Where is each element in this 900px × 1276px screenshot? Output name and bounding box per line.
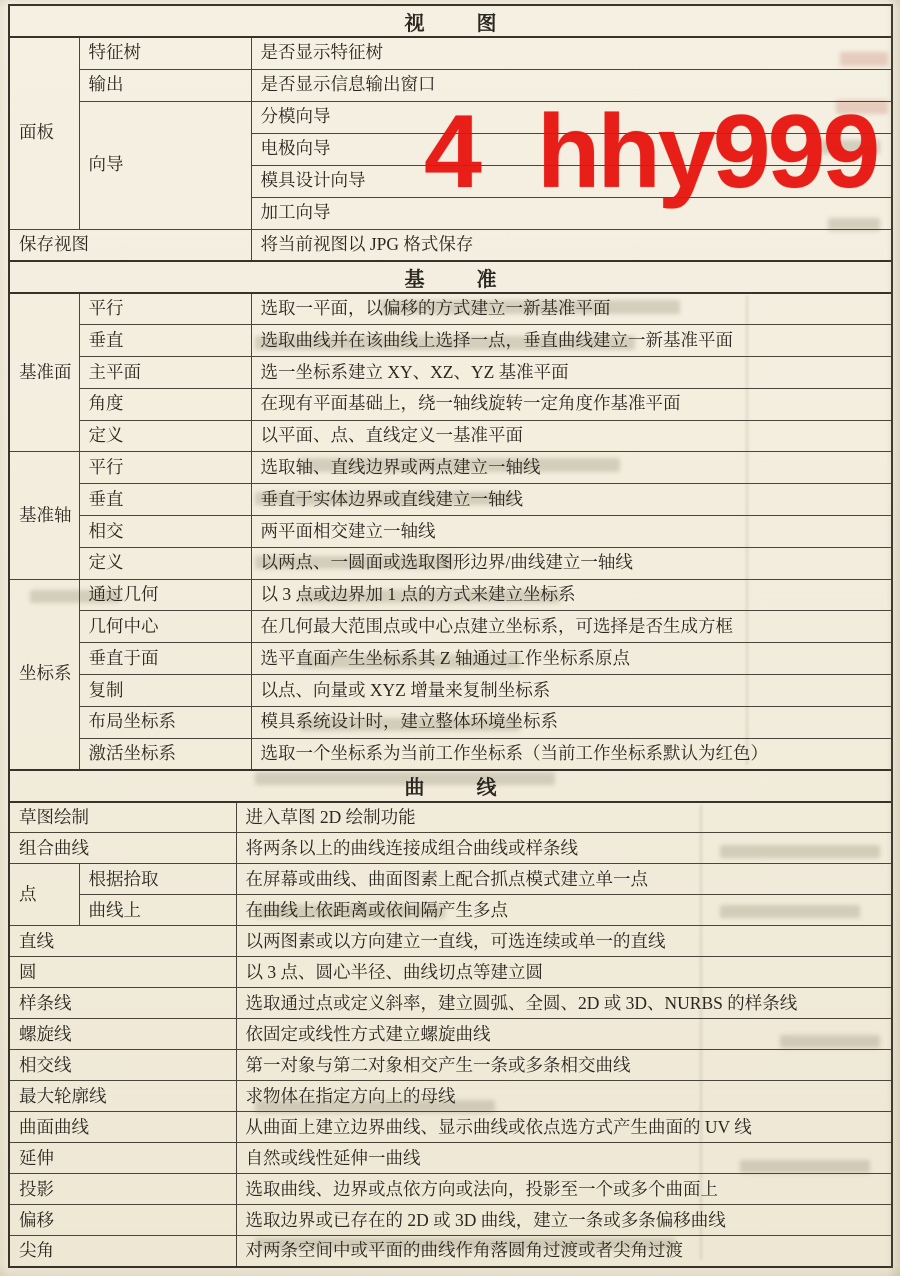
curve-table: 草图绘制 进入草图 2D 绘制功能 组合曲线 将两条以上的曲线连接成组合曲线或样… — [8, 801, 893, 1268]
row-desc: 选一坐标系建立 XY、XZ、YZ 基准平面 — [251, 357, 892, 389]
table-row: 保存视图 将当前视图以 JPG 格式保存 — [9, 229, 892, 261]
row-desc: 选取边界或已存在的 2D 或 3D 曲线，建立一条或多条偏移曲线 — [236, 1205, 892, 1236]
row-desc: 以两图素或以方向建立一直线，可选连续或单一的直线 — [236, 926, 892, 957]
table-row: 圆 以 3 点、圆心半径、曲线切点等建立圆 — [9, 957, 892, 988]
row-desc: 选取通过点或定义斜率，建立圆弧、全圆、2D 或 3D、NURBS 的样条线 — [236, 988, 892, 1019]
table-row: 布局坐标系 模具系统设计时，建立整体环境坐标系 — [9, 706, 892, 738]
table-row: 曲线上 在曲线上依距离或依间隔产生多点 — [9, 895, 892, 926]
table-row: 投影 选取曲线、边界或点依方向或法向，投影至一个或多个曲面上 — [9, 1174, 892, 1205]
table-row: 草图绘制 进入草图 2D 绘制功能 — [9, 802, 892, 833]
table-row: 组合曲线 将两条以上的曲线连接成组合曲线或样条线 — [9, 833, 892, 864]
section-title-datum: 基准 — [8, 262, 893, 292]
row-label: 组合曲线 — [9, 833, 236, 864]
row-desc: 选取轴、直线边界或两点建立一轴线 — [251, 452, 892, 484]
table-row: 最大轮廓线 求物体在指定方向上的母线 — [9, 1081, 892, 1112]
wizard-item: 模具设计向导 — [251, 165, 892, 197]
row-label: 平行 — [79, 452, 251, 484]
section-title-view-text: 视图 — [405, 7, 549, 36]
row-label: 相交线 — [9, 1050, 236, 1081]
table-row: 面板 特征树 是否显示特征树 — [9, 37, 892, 69]
row-label: 复制 — [79, 675, 251, 707]
table-row: 基准面 平行 选取一平面，以偏移的方式建立一新基准平面 — [9, 293, 892, 325]
row-label: 草图绘制 — [9, 802, 236, 833]
scanned-document-page: 视图 面板 特征树 是否显示特征树 输出 是否显示信息输出窗口 向导 分模向导 … — [0, 0, 900, 1276]
row-desc: 是否显示信息输出窗口 — [251, 69, 892, 101]
table-row: 相交线 第一对象与第二对象相交产生一条或多条相交曲线 — [9, 1050, 892, 1081]
row-label: 投影 — [9, 1174, 236, 1205]
table-row: 直线 以两图素或以方向建立一直线，可选连续或单一的直线 — [9, 926, 892, 957]
table-row: 向导 分模向导 — [9, 101, 892, 133]
row-label: 螺旋线 — [9, 1019, 236, 1050]
section-title-datum-text: 基准 — [405, 263, 549, 292]
row-label: 几何中心 — [79, 611, 251, 643]
row-desc: 选取一个坐标系为当前工作坐标系（当前工作坐标系默认为红色） — [251, 738, 892, 770]
row-desc: 是否显示特征树 — [251, 37, 892, 69]
row-desc: 自然或线性延伸一曲线 — [236, 1143, 892, 1174]
datum-table: 基准面 平行 选取一平面，以偏移的方式建立一新基准平面 垂直 选取曲线并在该曲线… — [8, 292, 893, 771]
table-row: 激活坐标系 选取一个坐标系为当前工作坐标系（当前工作坐标系默认为红色） — [9, 738, 892, 770]
group-label-point: 点 — [9, 864, 79, 926]
row-desc: 从曲面上建立边界曲线、显示曲线或依点选方式产生曲面的 UV 线 — [236, 1112, 892, 1143]
table-row: 角度 在现有平面基础上，绕一轴线旋转一定角度作基准平面 — [9, 388, 892, 420]
table-row: 垂直 选取曲线并在该曲线上选择一点，垂直曲线建立一新基准平面 — [9, 325, 892, 357]
row-label: 垂直 — [79, 325, 251, 357]
row-label: 角度 — [79, 388, 251, 420]
row-desc: 以 3 点或边界加 1 点的方式来建立坐标系 — [251, 579, 892, 611]
row-label: 样条线 — [9, 988, 236, 1019]
row-desc: 以两点、一圆面或选取图形边界/曲线建立一轴线 — [251, 547, 892, 579]
row-desc: 在现有平面基础上，绕一轴线旋转一定角度作基准平面 — [251, 388, 892, 420]
section-title-curve: 曲线 — [8, 771, 893, 801]
table-row: 定义 以平面、点、直线定义一基准平面 — [9, 420, 892, 452]
row-desc: 第一对象与第二对象相交产生一条或多条相交曲线 — [236, 1050, 892, 1081]
table-row: 垂直于面 选平直面产生坐标系其 Z 轴通过工作坐标系原点 — [9, 643, 892, 675]
row-label: 输出 — [79, 69, 251, 101]
row-desc: 以 3 点、圆心半径、曲线切点等建立圆 — [236, 957, 892, 988]
row-label: 根据拾取 — [79, 864, 236, 895]
table-row: 输出 是否显示信息输出窗口 — [9, 69, 892, 101]
row-desc: 将两条以上的曲线连接成组合曲线或样条线 — [236, 833, 892, 864]
row-desc: 在几何最大范围点或中心点建立坐标系，可选择是否生成方框 — [251, 611, 892, 643]
section-title-curve-text: 曲线 — [405, 771, 549, 800]
view-table: 面板 特征树 是否显示特征树 输出 是否显示信息输出窗口 向导 分模向导 电极向… — [8, 36, 893, 262]
row-label: 垂直 — [79, 484, 251, 516]
table-row: 定义 以两点、一圆面或选取图形边界/曲线建立一轴线 — [9, 547, 892, 579]
row-desc: 选取曲线、边界或点依方向或法向，投影至一个或多个曲面上 — [236, 1174, 892, 1205]
table-row: 螺旋线 依固定或线性方式建立螺旋曲线 — [9, 1019, 892, 1050]
row-label: 垂直于面 — [79, 643, 251, 675]
wizard-item: 分模向导 — [251, 101, 892, 133]
row-label: 曲面曲线 — [9, 1112, 236, 1143]
row-label: 尖角 — [9, 1236, 236, 1267]
row-label: 通过几何 — [79, 579, 251, 611]
table-row: 点 根据拾取 在屏幕或曲线、曲面图素上配合抓点模式建立单一点 — [9, 864, 892, 895]
row-desc: 在屏幕或曲线、曲面图素上配合抓点模式建立单一点 — [236, 864, 892, 895]
table-row: 延伸 自然或线性延伸一曲线 — [9, 1143, 892, 1174]
row-desc: 进入草图 2D 绘制功能 — [236, 802, 892, 833]
table-row: 基准轴 平行 选取轴、直线边界或两点建立一轴线 — [9, 452, 892, 484]
wizard-item: 电极向导 — [251, 133, 892, 165]
group-label-datum-plane: 基准面 — [9, 293, 79, 452]
row-desc: 以平面、点、直线定义一基准平面 — [251, 420, 892, 452]
table-row: 样条线 选取通过点或定义斜率，建立圆弧、全圆、2D 或 3D、NURBS 的样条… — [9, 988, 892, 1019]
row-label: 最大轮廓线 — [9, 1081, 236, 1112]
group-label-datum-axis: 基准轴 — [9, 452, 79, 579]
table-row: 尖角 对两条空间中或平面的曲线作角落圆角过渡或者尖角过渡 — [9, 1236, 892, 1267]
table-row: 相交 两平面相交建立一轴线 — [9, 516, 892, 548]
wizard-item: 加工向导 — [251, 197, 892, 229]
row-label: 曲线上 — [79, 895, 236, 926]
table-row: 复制 以点、向量或 XYZ 增量来复制坐标系 — [9, 675, 892, 707]
row-desc: 依固定或线性方式建立螺旋曲线 — [236, 1019, 892, 1050]
row-label: 偏移 — [9, 1205, 236, 1236]
row-desc: 以点、向量或 XYZ 增量来复制坐标系 — [251, 675, 892, 707]
table-row: 垂直 垂直于实体边界或直线建立一轴线 — [9, 484, 892, 516]
row-label: 延伸 — [9, 1143, 236, 1174]
row-desc: 模具系统设计时，建立整体环境坐标系 — [251, 706, 892, 738]
row-desc: 垂直于实体边界或直线建立一轴线 — [251, 484, 892, 516]
group-label-panel: 面板 — [9, 37, 79, 229]
row-label: 激活坐标系 — [79, 738, 251, 770]
row-desc: 对两条空间中或平面的曲线作角落圆角过渡或者尖角过渡 — [236, 1236, 892, 1267]
table-row: 曲面曲线 从曲面上建立边界曲线、显示曲线或依点选方式产生曲面的 UV 线 — [9, 1112, 892, 1143]
section-title-view: 视图 — [8, 4, 893, 36]
row-label: 直线 — [9, 926, 236, 957]
row-label-save-view: 保存视图 — [9, 229, 251, 261]
row-label: 主平面 — [79, 357, 251, 389]
table-row: 偏移 选取边界或已存在的 2D 或 3D 曲线，建立一条或多条偏移曲线 — [9, 1205, 892, 1236]
row-desc: 在曲线上依距离或依间隔产生多点 — [236, 895, 892, 926]
group-label-coordinate-system: 坐标系 — [9, 579, 79, 770]
row-label: 定义 — [79, 547, 251, 579]
row-desc: 求物体在指定方向上的母线 — [236, 1081, 892, 1112]
row-label: 布局坐标系 — [79, 706, 251, 738]
table-row: 坐标系 通过几何 以 3 点或边界加 1 点的方式来建立坐标系 — [9, 579, 892, 611]
row-label: 定义 — [79, 420, 251, 452]
row-label: 相交 — [79, 516, 251, 548]
row-label: 平行 — [79, 293, 251, 325]
row-desc: 选取一平面，以偏移的方式建立一新基准平面 — [251, 293, 892, 325]
table-row: 几何中心 在几何最大范围点或中心点建立坐标系，可选择是否生成方框 — [9, 611, 892, 643]
row-desc: 选取曲线并在该曲线上选择一点，垂直曲线建立一新基准平面 — [251, 325, 892, 357]
row-label: 圆 — [9, 957, 236, 988]
row-label: 特征树 — [79, 37, 251, 69]
table-row: 主平面 选一坐标系建立 XY、XZ、YZ 基准平面 — [9, 357, 892, 389]
row-desc: 选平直面产生坐标系其 Z 轴通过工作坐标系原点 — [251, 643, 892, 675]
row-desc: 将当前视图以 JPG 格式保存 — [251, 229, 892, 261]
row-desc: 两平面相交建立一轴线 — [251, 516, 892, 548]
group-label-wizard: 向导 — [79, 101, 251, 229]
